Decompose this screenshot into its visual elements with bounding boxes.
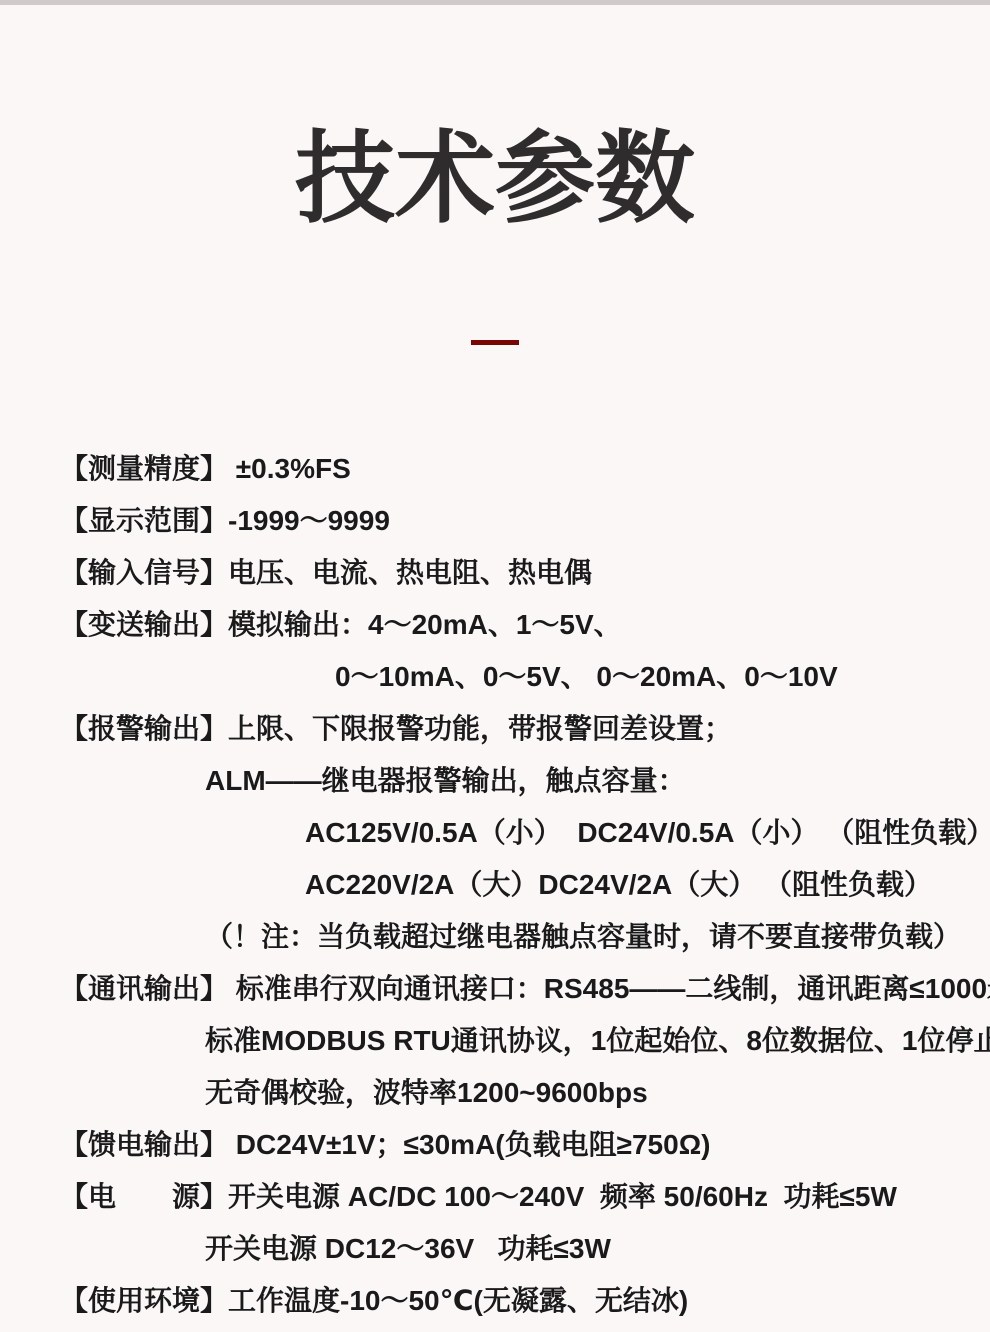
spec-line: （！注：当负载超过继电器触点容量时，请不要直接带负载）: [60, 911, 970, 963]
spec-line: 【馈电输出】 DC24V±1V；≤30mA(负载电阻≥750Ω): [60, 1119, 970, 1171]
spec-line: 【变送输出】模拟输出：4～20mA、1～5V、: [60, 599, 970, 651]
spec-line: 【电 源】开关电源 AC/DC 100～240V 频率 50/60Hz 功耗≤5…: [60, 1171, 970, 1223]
spec-line: 无奇偶校验，波特率1200~9600bps: [60, 1067, 970, 1119]
top-border: [0, 0, 990, 5]
spec-line: AC125V/0.5A（小） DC24V/0.5A（小） （阻性负载）: [60, 807, 970, 859]
spec-line: 开关电源 DC12～36V 功耗≤3W: [60, 1223, 970, 1275]
spec-line: 【输入信号】电压、电流、热电阻、热电偶: [60, 547, 970, 599]
spec-line: AC220V/2A（大）DC24V/2A（大） （阻性负载）: [60, 859, 970, 911]
spec-line: 【测量精度】 ±0.3%FS: [60, 443, 970, 495]
spec-line: 【使用环境】工作温度-10～50℃(无凝露、无结冰): [60, 1275, 970, 1327]
spec-list: 【测量精度】 ±0.3%FS【显示范围】-1999～9999【输入信号】电压、电…: [0, 443, 990, 1327]
spec-line: 标准MODBUS RTU通讯协议，1位起始位、8位数据位、1位停止位、: [60, 1015, 970, 1067]
spec-line: 【通讯输出】 标准串行双向通讯接口：RS485——二线制，通讯距离≤1000米: [60, 963, 970, 1015]
title-divider: [471, 340, 519, 345]
spec-line: ALM——继电器报警输出，触点容量：: [60, 755, 970, 807]
spec-line: 【报警输出】上限、下限报警功能，带报警回差设置；: [60, 703, 970, 755]
spec-line: 0～10mA、0～5V、 0～20mA、0～10V: [60, 651, 970, 703]
page-title: 技术参数: [0, 129, 990, 229]
spec-line: 【显示范围】-1999～9999: [60, 495, 970, 547]
